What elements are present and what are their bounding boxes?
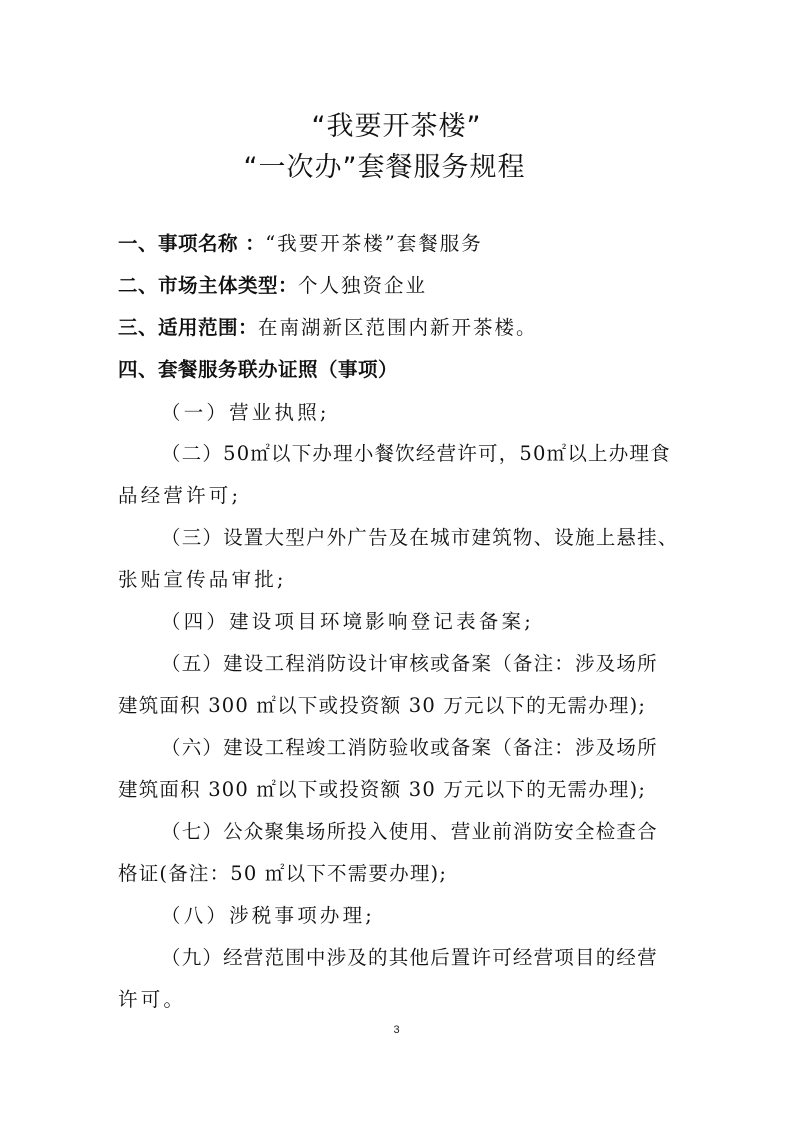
section-value: 个人独资企业 bbox=[298, 274, 427, 297]
list-item-8: （八）涉税事项办理; bbox=[161, 901, 375, 931]
list-item-1: （一）营业执照; bbox=[161, 398, 330, 428]
list-item-7-cont: 格证(备注：50 ㎡以下不需要办理); bbox=[118, 859, 447, 889]
list-item-6: （六）建设工程竣工消防验收或备案（备注：涉及场所 bbox=[161, 733, 658, 763]
document-page: “我要开茶楼” “一次办”套餐服务规程 一、事项名称 ：“我要开茶楼”套餐服务 … bbox=[0, 0, 793, 1122]
section-value: 在南湖新区范围内新开茶楼。 bbox=[258, 316, 538, 339]
list-item-7: （七）公众聚集场所投入使用、营业前消防安全检查合 bbox=[161, 817, 658, 847]
section-label: 二、市场主体类型： bbox=[118, 274, 298, 297]
list-item-9-cont: 许可。 bbox=[118, 985, 186, 1015]
section-value: “我要开茶楼”套餐服务 bbox=[265, 232, 482, 255]
list-item-4: （四）建设项目环境影响登记表备案; bbox=[161, 607, 534, 637]
page-number: 3 bbox=[0, 1024, 793, 1036]
section-label: 四、套餐服务联办证照（事项） bbox=[118, 358, 398, 381]
section-label: 一、事项名称 ： bbox=[118, 232, 265, 255]
list-item-3: （三）设置大型户外广告及在城市建筑物、设施上悬挂、 bbox=[161, 523, 679, 553]
section-item-name: 一、事项名称 ：“我要开茶楼”套餐服务 bbox=[118, 229, 483, 259]
list-item-5-cont: 建筑面积 300 ㎡以下或投资额 30 万元以下的无需办理); bbox=[118, 691, 646, 721]
list-item-6-cont: 建筑面积 300 ㎡以下或投资额 30 万元以下的无需办理); bbox=[118, 775, 646, 805]
section-licenses: 四、套餐服务联办证照（事项） bbox=[118, 355, 398, 385]
document-title-line-2: “一次办”套餐服务规程 bbox=[0, 145, 781, 184]
document-title-line-1: “我要开茶楼” bbox=[0, 104, 793, 143]
list-item-9: （九）经营范围中涉及的其他后置许可经营项目的经营 bbox=[161, 943, 658, 973]
list-item-3-cont: 张贴宣传品审批; bbox=[118, 565, 287, 595]
list-item-5: （五）建设工程消防设计审核或备案（备注：涉及场所 bbox=[161, 649, 658, 679]
section-entity-type: 二、市场主体类型：个人独资企业 bbox=[118, 271, 427, 301]
section-label: 三、适用范围： bbox=[118, 316, 258, 339]
list-item-2: （二）50㎡以下办理小餐饮经营许可，50㎡以上办理食 bbox=[161, 439, 671, 469]
list-item-2-cont: 品经营许可; bbox=[118, 481, 241, 511]
section-scope: 三、适用范围：在南湖新区范围内新开茶楼。 bbox=[118, 313, 538, 343]
